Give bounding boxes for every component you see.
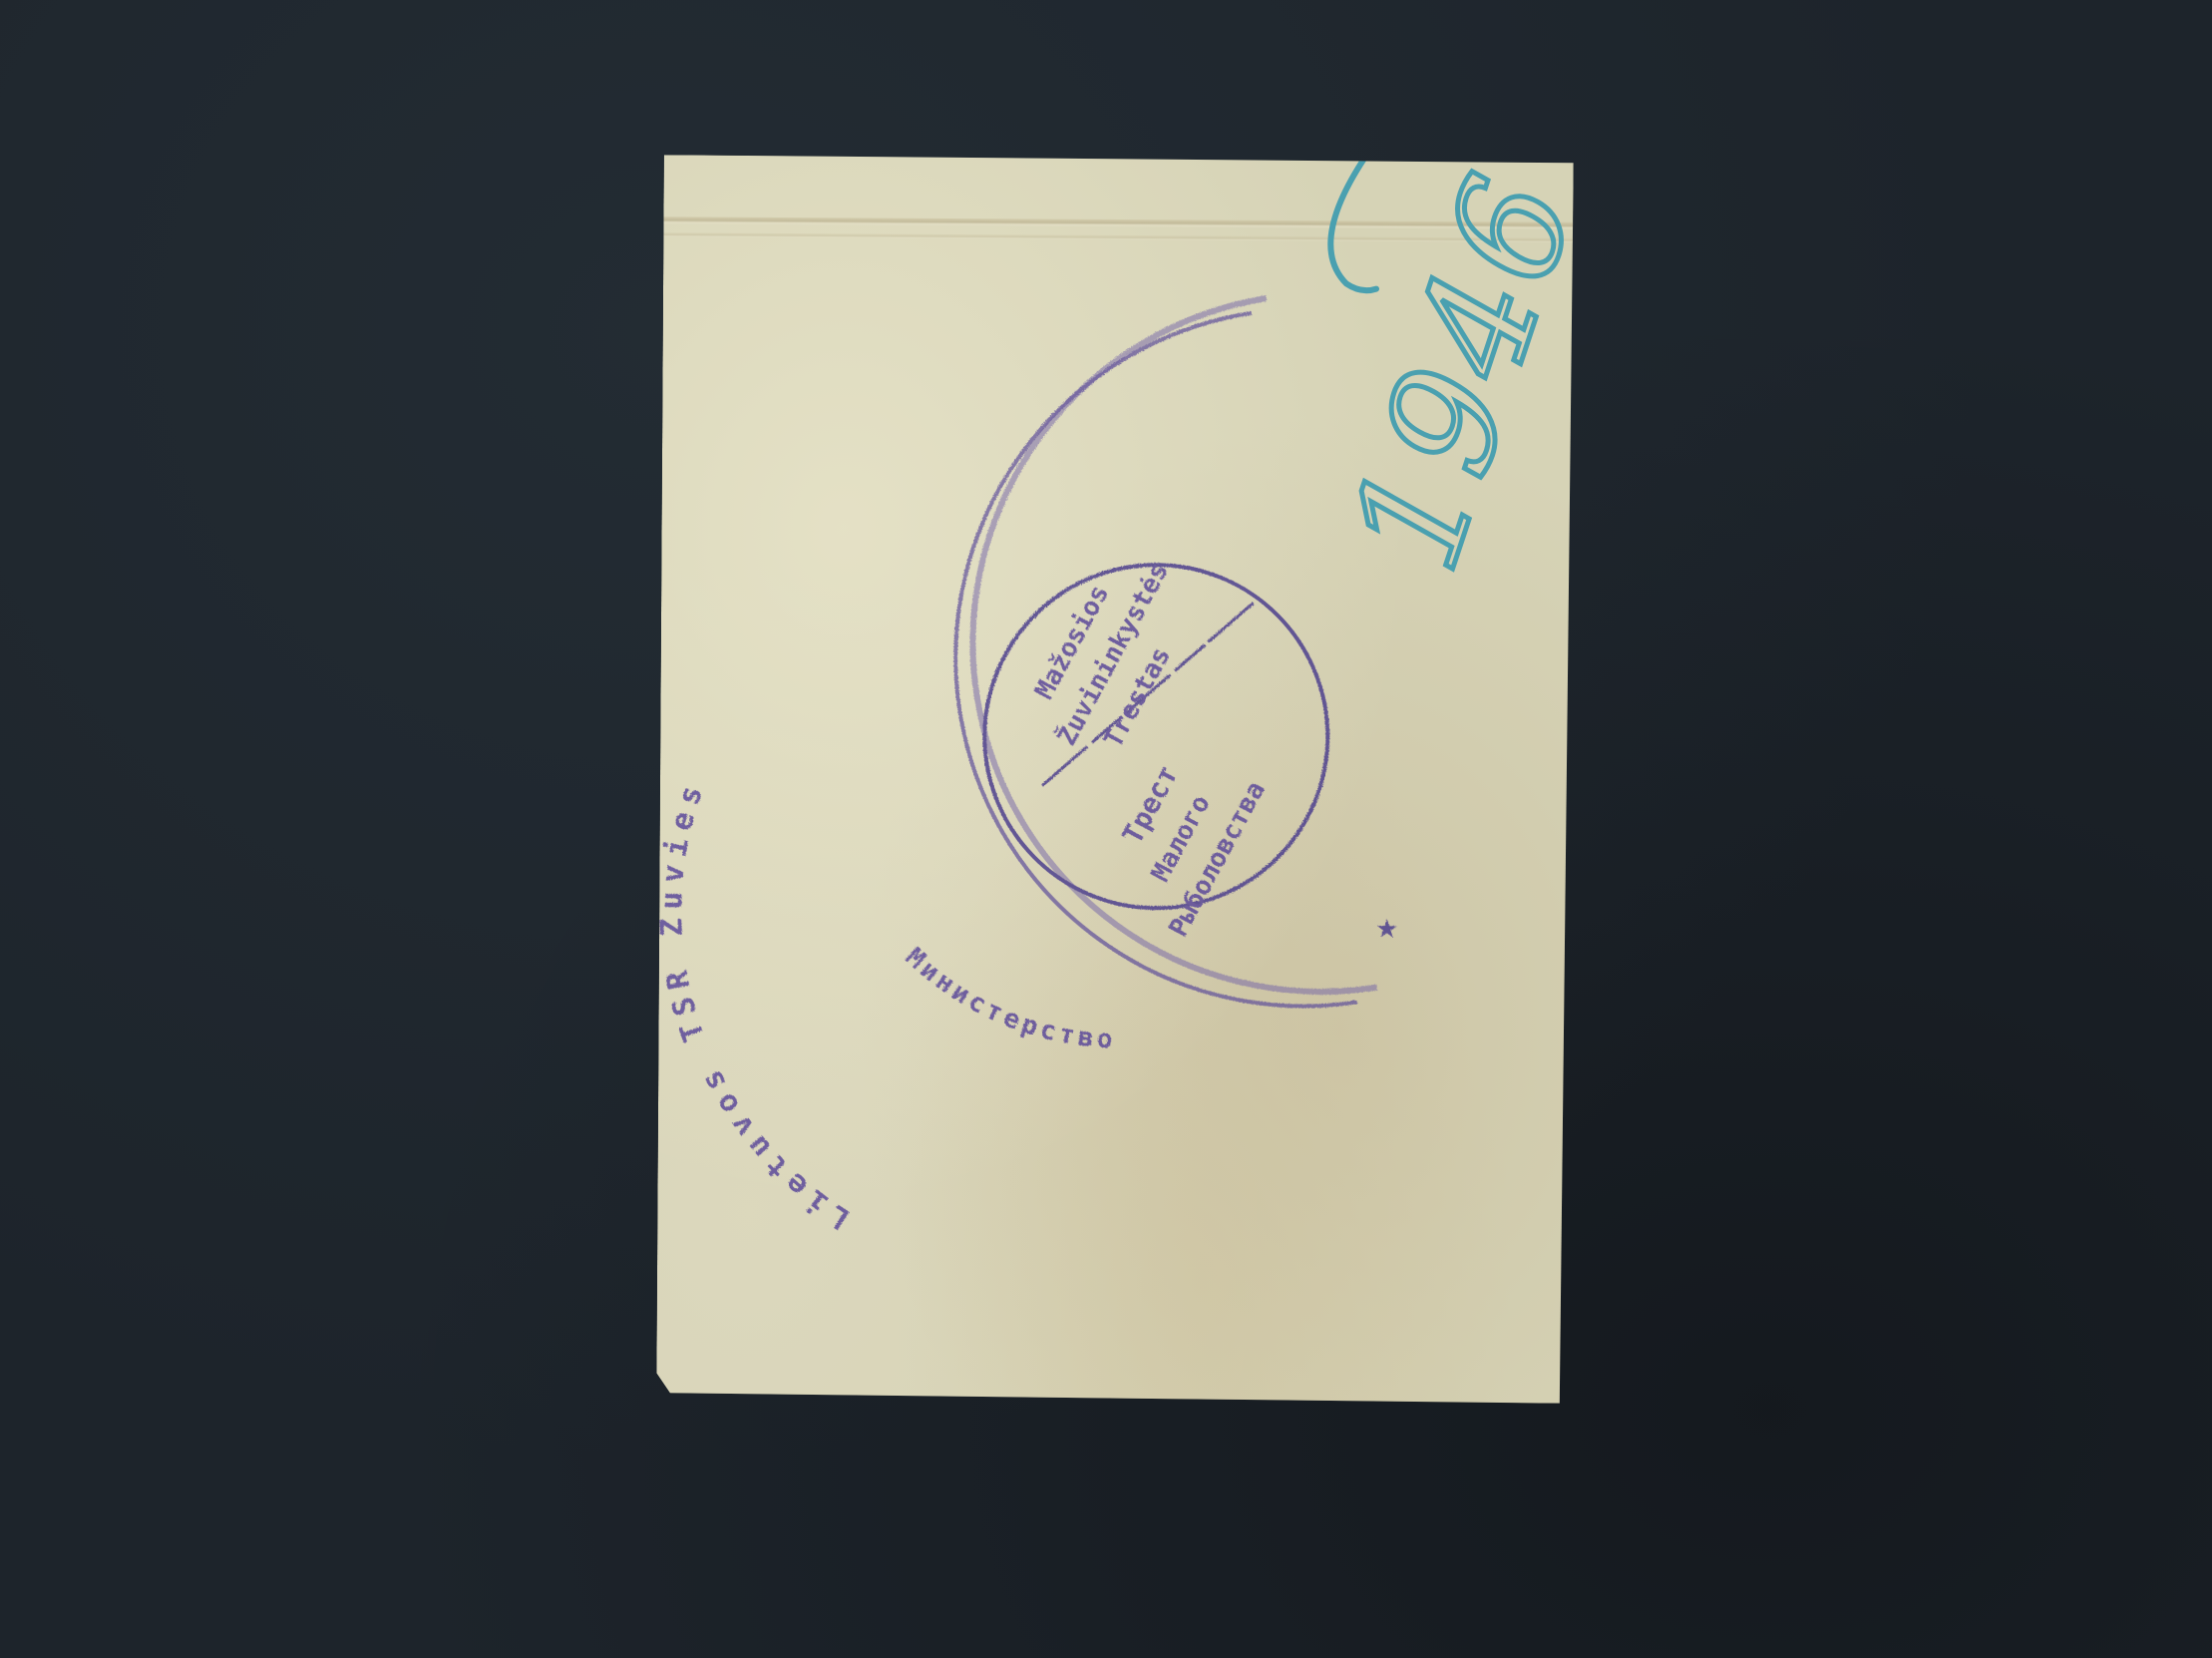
stamp-outer-text-ru: Министерство bbox=[899, 943, 1118, 1055]
svg-text:Министерство: Министерство bbox=[899, 943, 1118, 1055]
stamp-star-icon: ★ bbox=[1375, 915, 1398, 945]
stamp-outer-text: Lietuvos TSR Žuvies bbox=[656, 773, 859, 1236]
document-paper: Lietuvos TSR Žuvies Министерство Mažosio… bbox=[656, 155, 1574, 1404]
handwritten-date-text: 1946 г. bbox=[1318, 155, 1574, 590]
handwritten-date: 1946 г. bbox=[1279, 155, 1573, 590]
stamp-and-handwriting: Lietuvos TSR Žuvies Министерство Mažosio… bbox=[656, 155, 1574, 1404]
handwritten-bracket bbox=[1330, 155, 1377, 290]
stamp: Lietuvos TSR Žuvies Министерство Mažosio… bbox=[656, 294, 1402, 1239]
svg-text:Lietuvos TSR Žuvies: Lietuvos TSR Žuvies bbox=[656, 773, 859, 1236]
